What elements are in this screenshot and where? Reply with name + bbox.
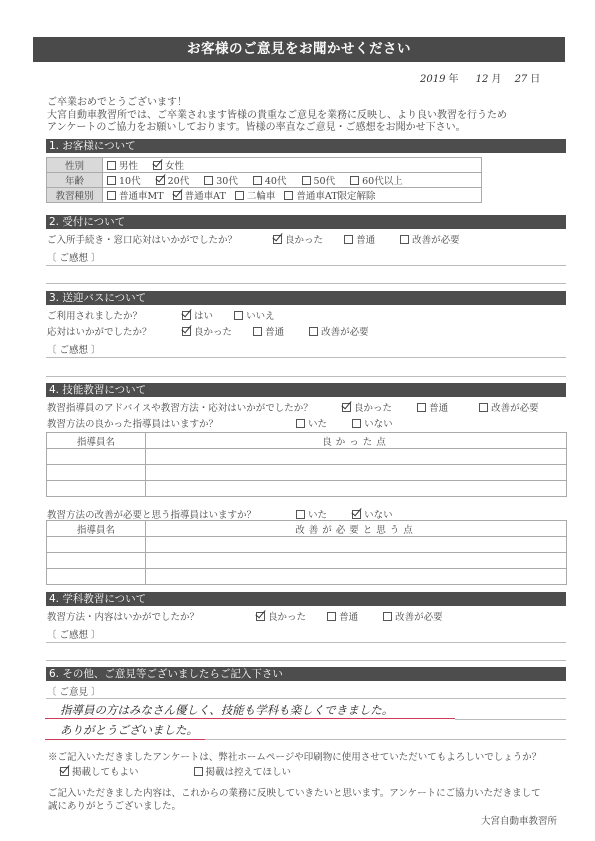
good-instructor-table: 指導員名 良かった点 bbox=[46, 432, 567, 497]
comment-line[interactable] bbox=[46, 283, 566, 284]
question-text: 教習方法の改善が必要と思う指導員はいますか？ bbox=[47, 507, 293, 521]
advice-normal-checkbox[interactable]: 普通 bbox=[417, 400, 448, 414]
consent-options: 掲載してもよい 掲載は控えてほしい bbox=[60, 764, 291, 778]
closing-text: ご記入いただきました内容は、これからの業務に反映していきたいと思います。アンケー… bbox=[48, 788, 541, 813]
course-motorcycle-checkbox[interactable]: 二輪車 bbox=[235, 188, 276, 202]
section-header-customer: 1. お客様について bbox=[46, 139, 566, 153]
age-20s-checkbox[interactable]: 20代 bbox=[156, 173, 190, 187]
customer-info-table: 性別 男性 女性 年齢 10代 20代 30代 40代 50代 60代以上 教習… bbox=[46, 157, 482, 203]
improve-instructor-row: 教習方法の改善が必要と思う指導員はいますか？ いた いない bbox=[47, 507, 393, 521]
consent-decline-checkbox[interactable]: 掲載は控えてほしい bbox=[194, 764, 292, 778]
column-header-instructor: 指導員名 bbox=[47, 433, 146, 449]
column-header-instructor: 指導員名 bbox=[47, 521, 146, 537]
checkbox-checked-icon bbox=[256, 612, 265, 621]
intro-line: 大宮自動車教習所では、ご卒業されます皆様の貴重なご意見を業務に反映し、より良い教… bbox=[47, 110, 507, 123]
comment-line[interactable] bbox=[46, 357, 566, 358]
reception-question-row: ご入所手続き・窓口応対はいかがでしたか？ 良かった 普通 改善が必要 bbox=[47, 232, 460, 246]
course-at-checkbox[interactable]: 普通車AT bbox=[173, 188, 226, 202]
table-row bbox=[47, 449, 567, 465]
red-underline bbox=[45, 739, 205, 740]
comment-label: 〔 ご感想 〕 bbox=[47, 627, 101, 641]
row-label: 年齢 bbox=[47, 173, 103, 188]
checkbox-icon bbox=[253, 176, 262, 185]
checkbox-icon bbox=[479, 403, 488, 412]
section-header-reception: 2. 受付について bbox=[46, 215, 566, 229]
age-40s-checkbox[interactable]: 40代 bbox=[253, 173, 287, 187]
good-points-cell[interactable] bbox=[146, 465, 567, 481]
intro-line: ご卒業おめでとうございます！ bbox=[47, 97, 507, 110]
good-instructor-row: 教習方法の良かった指導員はいますか？ いた いない bbox=[47, 416, 393, 430]
checkbox-checked-icon bbox=[182, 327, 191, 336]
opinion-line[interactable] bbox=[455, 719, 566, 720]
improve-instructor-yes-checkbox[interactable]: いた bbox=[296, 507, 327, 521]
table-row bbox=[47, 553, 567, 569]
table-row bbox=[47, 569, 567, 585]
comment-line[interactable] bbox=[46, 265, 566, 266]
classroom-normal-checkbox[interactable]: 普通 bbox=[327, 609, 358, 623]
checkbox-checked-icon bbox=[60, 767, 69, 776]
instructor-name-cell[interactable] bbox=[47, 569, 146, 585]
checkbox-checked-icon bbox=[182, 311, 191, 320]
date-field[interactable]: 2019年 12月 27日 bbox=[420, 70, 543, 85]
table-row bbox=[47, 537, 567, 553]
intro-line: アンケートのご協力をお願いしております。皆様の率直なご意見・ご感想をお聞かせ下さ… bbox=[47, 122, 507, 135]
checkbox-icon bbox=[417, 403, 426, 412]
reception-improve-checkbox[interactable]: 改善が必要 bbox=[400, 232, 460, 246]
closing-line: 誠にありがとうございました。 bbox=[48, 801, 541, 814]
table-row: 性別 男性 女性 bbox=[47, 158, 482, 173]
checkbox-icon bbox=[302, 176, 311, 185]
checkbox-icon bbox=[296, 419, 305, 428]
classroom-improve-checkbox[interactable]: 改善が必要 bbox=[383, 609, 443, 623]
gender-female-checkbox[interactable]: 女性 bbox=[153, 158, 184, 172]
bus-yes-checkbox[interactable]: はい bbox=[182, 308, 213, 322]
reception-good-checkbox[interactable]: 良かった bbox=[273, 232, 323, 246]
checkbox-icon bbox=[383, 612, 392, 621]
checkbox-icon bbox=[284, 191, 293, 200]
bus-no-checkbox[interactable]: いいえ bbox=[234, 308, 275, 322]
checkbox-icon bbox=[253, 327, 262, 336]
instructor-name-cell[interactable] bbox=[47, 553, 146, 569]
checkbox-checked-icon bbox=[352, 510, 361, 519]
advice-good-checkbox[interactable]: 良かった bbox=[342, 400, 392, 414]
checkbox-icon bbox=[204, 176, 213, 185]
table-row: 年齢 10代 20代 30代 40代 50代 60代以上 bbox=[47, 173, 482, 188]
instructor-name-cell[interactable] bbox=[47, 449, 146, 465]
column-header-improve-points: 改善が必要と思う点 bbox=[146, 521, 567, 537]
course-mt-checkbox[interactable]: 普通車MT bbox=[107, 188, 164, 202]
age-10s-checkbox[interactable]: 10代 bbox=[107, 173, 141, 187]
checkbox-checked-icon bbox=[173, 191, 182, 200]
question-text: ご利用されましたか？ bbox=[47, 308, 179, 322]
reception-normal-checkbox[interactable]: 普通 bbox=[344, 232, 375, 246]
comment-label: 〔 ご感想 〕 bbox=[47, 342, 101, 356]
table-row bbox=[47, 465, 567, 481]
table-header-row: 指導員名 良かった点 bbox=[47, 433, 567, 449]
row-label: 性別 bbox=[47, 158, 103, 173]
bus-usage-row: ご利用されましたか？ はい いいえ bbox=[47, 308, 275, 322]
classroom-good-checkbox[interactable]: 良かった bbox=[256, 609, 306, 623]
classroom-question-row: 教習方法・内容はいかがでしたか？ 良かった 普通 改善が必要 bbox=[47, 609, 443, 623]
good-points-cell[interactable] bbox=[146, 481, 567, 497]
age-60s-plus-checkbox[interactable]: 60代以上 bbox=[350, 173, 403, 187]
red-underline bbox=[45, 718, 455, 719]
age-50s-checkbox[interactable]: 50代 bbox=[302, 173, 336, 187]
handwritten-comment-line1: 指導員の方はみなさん優しく、技能も学科も楽しくできました。 bbox=[60, 702, 393, 718]
checkbox-checked-icon bbox=[153, 161, 162, 170]
comment-line[interactable] bbox=[46, 642, 566, 643]
advice-improve-checkbox[interactable]: 改善が必要 bbox=[479, 400, 539, 414]
date-year: 2019 bbox=[420, 74, 445, 85]
course-at-release-checkbox[interactable]: 普通車AT限定解除 bbox=[284, 188, 375, 202]
good-points-cell[interactable] bbox=[146, 449, 567, 465]
table-row bbox=[47, 481, 567, 497]
year-unit: 年 bbox=[448, 74, 458, 85]
question-text: 教習指導員のアドバイスや教習方法・応対はいかがでしたか？ bbox=[47, 400, 339, 414]
gender-male-checkbox[interactable]: 男性 bbox=[107, 158, 138, 172]
handwritten-comment-line2: ありがとうございました。 bbox=[60, 722, 198, 738]
date-month: 12 bbox=[476, 74, 489, 85]
checkbox-icon bbox=[235, 191, 244, 200]
consent-question: ※ご記入いただきましたアンケートは、弊社ホームページや印刷物に使用させていただい… bbox=[48, 749, 541, 763]
checkbox-icon bbox=[194, 767, 203, 776]
signature: 大宮自動車教習所 bbox=[481, 813, 557, 827]
improve-instructor-no-checkbox[interactable]: いない bbox=[352, 507, 393, 521]
checkbox-icon bbox=[400, 235, 409, 244]
section-header-other: 6. その他、ご意見等ございましたらご記入下さい bbox=[46, 667, 566, 681]
table-row: 教習種別 普通車MT 普通車AT 二輪車 普通車AT限定解除 bbox=[47, 188, 482, 203]
intro-text: ご卒業おめでとうございます！ 大宮自動車教習所では、ご卒業されます皆様の貴重なご… bbox=[47, 97, 507, 135]
checkbox-icon bbox=[327, 612, 336, 621]
date-day: 27 bbox=[515, 74, 528, 85]
checkbox-icon bbox=[352, 419, 361, 428]
instructor-name-cell[interactable] bbox=[47, 465, 146, 481]
bus-service-row: 応対はいかがでしたか？ 良かった 普通 改善が必要 bbox=[47, 324, 369, 338]
comment-line[interactable] bbox=[46, 376, 566, 377]
checkbox-icon bbox=[350, 176, 359, 185]
opinion-label: 〔 ご意見 〕 bbox=[47, 684, 101, 698]
checkbox-icon bbox=[309, 327, 318, 336]
table-header-row: 指導員名 改善が必要と思う点 bbox=[47, 521, 567, 537]
question-text: 教習方法・内容はいかがでしたか？ bbox=[47, 609, 253, 623]
closing-line: ご記入いただきました内容は、これからの業務に反映していきたいと思います。アンケー… bbox=[48, 788, 541, 801]
checkbox-icon bbox=[234, 311, 243, 320]
comment-label: 〔 ご感想 〕 bbox=[47, 250, 101, 264]
bus-improve-checkbox[interactable]: 改善が必要 bbox=[309, 324, 369, 338]
instructor-name-cell[interactable] bbox=[47, 481, 146, 497]
section-header-bus: 3. 送迎バスについて bbox=[46, 291, 566, 305]
good-instructor-yes-checkbox[interactable]: いた bbox=[296, 416, 327, 430]
checkbox-icon bbox=[107, 161, 116, 170]
form-title: お客様のご意見をお聞かせください bbox=[33, 37, 565, 62]
bus-normal-checkbox[interactable]: 普通 bbox=[253, 324, 284, 338]
improve-points-cell[interactable] bbox=[146, 553, 567, 569]
age-30s-checkbox[interactable]: 30代 bbox=[204, 173, 238, 187]
section-header-practical: 4. 技能教習について bbox=[46, 383, 566, 397]
consent-allow-checkbox[interactable]: 掲載してもよい bbox=[60, 764, 139, 778]
question-text: ご入所手続き・窓口応対はいかがでしたか？ bbox=[47, 232, 270, 246]
section-header-classroom: 4. 学科教習について bbox=[46, 592, 566, 606]
good-instructor-no-checkbox[interactable]: いない bbox=[352, 416, 393, 430]
opinion-line[interactable] bbox=[205, 739, 566, 740]
month-unit: 月 bbox=[491, 74, 501, 85]
checkbox-icon bbox=[107, 191, 116, 200]
question-text: 教習方法の良かった指導員はいますか？ bbox=[47, 416, 293, 430]
day-unit: 日 bbox=[530, 74, 540, 85]
checkbox-icon bbox=[296, 510, 305, 519]
instructor-name-cell[interactable] bbox=[47, 537, 146, 553]
improve-points-cell[interactable] bbox=[146, 537, 567, 553]
checkbox-checked-icon bbox=[273, 235, 282, 244]
checkbox-icon bbox=[107, 176, 116, 185]
instructor-advice-row: 教習指導員のアドバイスや教習方法・応対はいかがでしたか？ 良かった 普通 改善が… bbox=[47, 400, 539, 414]
bus-good-checkbox[interactable]: 良かった bbox=[182, 324, 232, 338]
checkbox-checked-icon bbox=[342, 403, 351, 412]
column-header-good-points: 良かった点 bbox=[146, 433, 567, 449]
comment-line[interactable] bbox=[46, 660, 566, 661]
improve-instructor-table: 指導員名 改善が必要と思う点 bbox=[46, 520, 567, 585]
checkbox-checked-icon bbox=[156, 176, 165, 185]
question-text: 応対はいかがでしたか？ bbox=[47, 324, 179, 338]
checkbox-icon bbox=[344, 235, 353, 244]
row-label: 教習種別 bbox=[47, 188, 103, 203]
improve-points-cell[interactable] bbox=[146, 569, 567, 585]
opinion-line[interactable] bbox=[46, 698, 566, 699]
